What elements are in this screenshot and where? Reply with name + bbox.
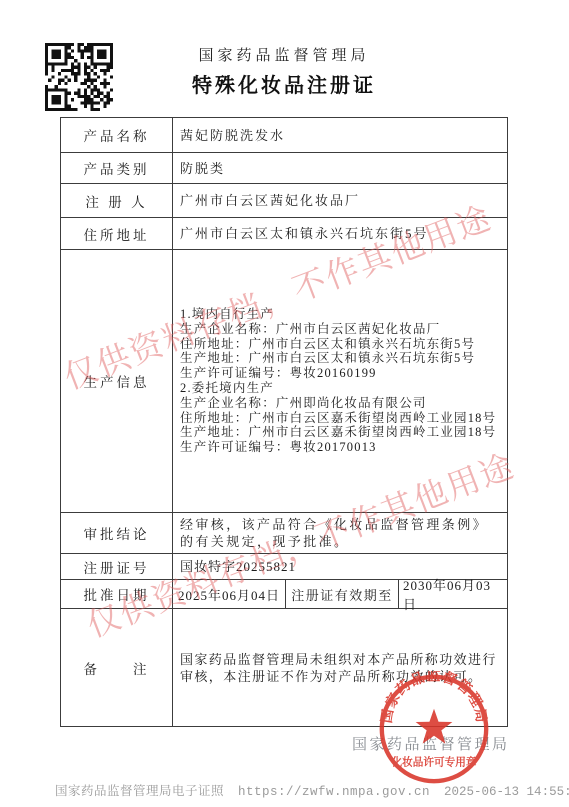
approval-conclusion-value: 经审核，该产品符合《化妆品监督管理条例》的有关规定，现予批准。 <box>173 513 507 553</box>
registration-table: 产品名称 茜妃防脱洗发水 产品类别 防脱类 注 册 人 广州市白云区茜妃化妆品厂… <box>60 117 508 727</box>
production-line: 生产企业名称：广州即尚化妆品有限公司 <box>180 396 496 411</box>
remarks-label: 备 注 <box>61 609 173 726</box>
production-line: 2.委托境内生产 <box>180 381 496 396</box>
product-category-label: 产品类别 <box>61 153 173 183</box>
validity-value: 2030年06月03日 <box>399 580 507 608</box>
footer-url: https://zwfw.nmpa.gov.cn <box>238 785 430 799</box>
certificate-no-label: 注册证号 <box>61 554 173 579</box>
approval-conclusion-label: 审批结论 <box>61 513 173 553</box>
row-production-info: 生产信息 1.境内自行生产 生产企业名称：广州市白云区茜妃化妆品厂 住所地址：广… <box>61 249 507 512</box>
product-category-value: 防脱类 <box>173 153 507 183</box>
row-approval-date: 批准日期 2025年06月04日 注册证有效期至 2030年06月03日 <box>61 579 507 608</box>
row-product-name: 产品名称 茜妃防脱洗发水 <box>61 118 507 152</box>
registrant-label: 注 册 人 <box>61 184 173 217</box>
production-line: 生产许可证编号：粤妆20160199 <box>180 366 496 381</box>
production-line: 生产地址：广州市白云区嘉禾街望岗西岭工业园18号 <box>180 425 496 440</box>
agency-name: 国家药品监督管理局 <box>60 44 508 65</box>
approval-date-label: 批准日期 <box>61 580 173 608</box>
seal-bottom-text: 化妆品许可专用章 <box>391 756 477 769</box>
production-info-label: 生产信息 <box>61 250 173 512</box>
production-info-value: 1.境内自行生产 生产企业名称：广州市白云区茜妃化妆品厂 住所地址：广州市白云区… <box>173 250 507 512</box>
production-line: 1.境内自行生产 <box>180 307 496 322</box>
registrant-value: 广州市白云区茜妃化妆品厂 <box>173 184 507 217</box>
row-registrant-address: 住所地址 广州市白云区太和镇永兴石坑东街5号 <box>61 217 507 249</box>
footer-source: 国家药品监督管理局电子证照 <box>55 785 224 799</box>
row-registrant: 注 册 人 广州市白云区茜妃化妆品厂 <box>61 183 507 217</box>
product-name-label: 产品名称 <box>61 118 173 152</box>
production-line: 生产企业名称：广州市白云区茜妃化妆品厂 <box>180 322 496 337</box>
production-line: 生产许可证编号：粤妆20170013 <box>180 440 496 455</box>
star-icon <box>416 709 453 744</box>
registrant-address-label: 住所地址 <box>61 218 173 249</box>
approval-date-value: 2025年06月04日 <box>173 580 286 608</box>
footer-timestamp: 2025-06-13 14:55:48:048 <box>444 785 569 799</box>
production-line: 住所地址：广州市白云区嘉禾街望岗西岭工业园18号 <box>180 411 496 426</box>
registrant-address-value: 广州市白云区太和镇永兴石坑东街5号 <box>173 218 507 249</box>
certificate-page: 国家药品监督管理局 特殊化妆品注册证 产品名称 茜妃防脱洗发水 产品类别 防脱类… <box>0 0 569 807</box>
production-line: 生产地址：广州市白云区太和镇永兴石坑东街5号 <box>180 351 496 366</box>
certificate-title: 特殊化妆品注册证 <box>60 69 508 98</box>
product-name-value: 茜妃防脱洗发水 <box>173 118 507 152</box>
row-product-category: 产品类别 防脱类 <box>61 152 507 183</box>
production-line: 住所地址：广州市白云区太和镇永兴石坑东街5号 <box>180 337 496 352</box>
row-approval-conclusion: 审批结论 经审核，该产品符合《化妆品监督管理条例》的有关规定，现予批准。 <box>61 512 507 553</box>
title-block: 国家药品监督管理局 特殊化妆品注册证 <box>60 44 508 98</box>
validity-label: 注册证有效期至 <box>286 580 399 608</box>
approval-seal: 国家药品监督管理局 化妆品许可专用章 <box>376 671 492 787</box>
